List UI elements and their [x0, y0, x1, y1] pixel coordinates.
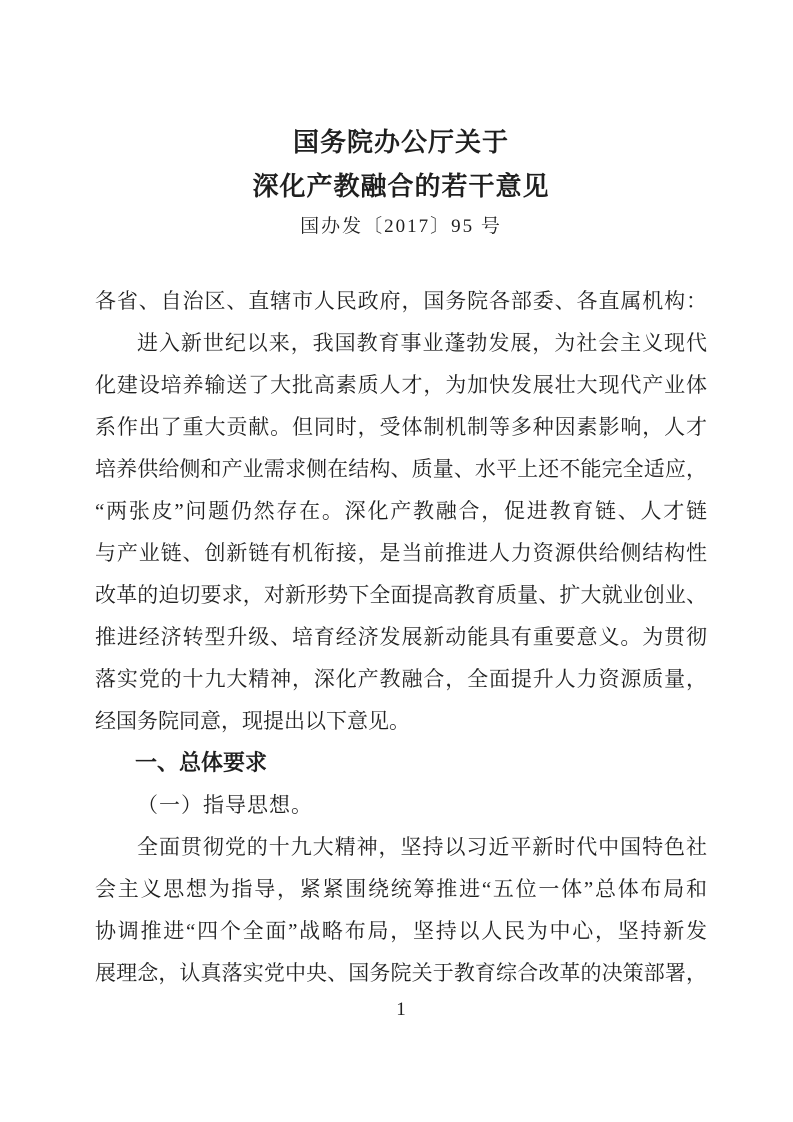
body-line: 系作出了重大贡献。但同时，受体制机制等多种因素影响，人才 — [95, 406, 707, 448]
document-title-line-1: 国务院办公厅关于 — [95, 121, 707, 165]
body-line: 化建设培养输送了大批高素质人才，为加快发展壮大现代产业体 — [95, 364, 707, 406]
document-title: 国务院办公厅关于 深化产教融合的若干意见 — [95, 121, 707, 209]
body-line: “两张皮”问题仍然存在。深化产教融合，促进教育链、人才链 — [95, 490, 707, 532]
salutation-line: 各省、自治区、直辖市人民政府，国务院各部委、各直属机构： — [95, 280, 707, 322]
body-line: 推进经济转型升级、培育经济发展新动能具有重要意义。为贯彻 — [95, 616, 707, 658]
section-heading: 一、总体要求 — [95, 742, 707, 784]
body-line: 落实党的十九大精神，深化产教融合，全面提升人力资源质量， — [95, 658, 707, 700]
body-line: 全面贯彻党的十九大精神，坚持以习近平新时代中国特色社 — [95, 826, 707, 868]
body-line: 会主义思想为指导，紧紧围绕统筹推进“五位一体”总体布局和 — [95, 868, 707, 910]
body-line: 进入新世纪以来，我国教育事业蓬勃发展，为社会主义现代 — [95, 322, 707, 364]
subsection-heading: （一）指导思想。 — [95, 784, 707, 826]
body-line: 与产业链、创新链有机衔接，是当前推进人力资源供给侧结构性 — [95, 532, 707, 574]
document-body: 各省、自治区、直辖市人民政府，国务院各部委、各直属机构： 进入新世纪以来，我国教… — [95, 280, 707, 994]
page-number: 1 — [95, 1000, 707, 1020]
body-line: 改革的迫切要求，对新形势下全面提高教育质量、扩大就业创业、 — [95, 574, 707, 616]
body-line: 协调推进“四个全面”战略布局，坚持以人民为中心，坚持新发 — [95, 910, 707, 952]
body-line: 展理念，认真落实党中央、国务院关于教育综合改革的决策部署， — [95, 952, 707, 994]
body-line: 培养供给侧和产业需求侧在结构、质量、水平上还不能完全适应， — [95, 448, 707, 490]
document-title-line-2: 深化产教融合的若干意见 — [95, 165, 707, 209]
document-page: 国务院办公厅关于 深化产教融合的若干意见 国办发〔2017〕95 号 各省、自治… — [0, 0, 793, 1122]
document-number: 国办发〔2017〕95 号 — [95, 216, 707, 238]
body-line: 经国务院同意，现提出以下意见。 — [95, 700, 707, 742]
